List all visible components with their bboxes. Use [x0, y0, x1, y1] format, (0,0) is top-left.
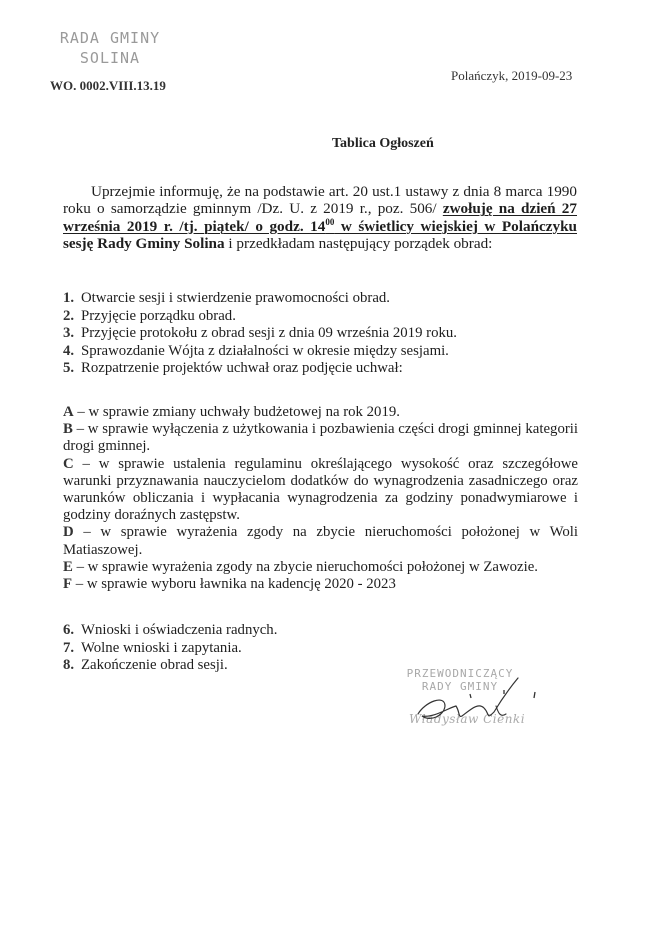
- resolution-item: D – w sprawie wyrażenia zgody na zbycie …: [63, 524, 578, 558]
- intro-paragraph: Uprzejmie informuję, że na podstawie art…: [63, 183, 577, 252]
- hour-superscript: 00: [325, 217, 334, 227]
- council-stamp-line1: RADA GMINY: [40, 28, 180, 48]
- handwritten-signature-icon: [400, 672, 550, 732]
- resolutions-list: A – w sprawie zmiany uchwały budżetowej …: [63, 404, 578, 593]
- resolution-item: F – w sprawie wyboru ławnika na kadencję…: [63, 576, 578, 593]
- resolution-item: A – w sprawie zmiany uchwały budżetowej …: [63, 404, 578, 421]
- council-stamp-line2: SOLINA: [40, 48, 180, 68]
- agenda-item: 1.Otwarcie sesji i stwierdzenie prawomoc…: [63, 290, 583, 308]
- reference-number: WO. 0002.VIII.13.19: [50, 78, 166, 94]
- intro-text-3: i przedkładam następujący porządek obrad…: [225, 235, 493, 252]
- session-name: sesję Rady Gminy Solina: [63, 235, 225, 252]
- agenda-list-part1: 1.Otwarcie sesji i stwierdzenie prawomoc…: [63, 290, 583, 378]
- agenda-item: 3.Przyjęcie protokołu z obrad sesji z dn…: [63, 325, 583, 343]
- resolution-item: B – w sprawie wyłączenia z użytkowania i…: [63, 421, 578, 455]
- agenda-item: 4.Sprawozdanie Wójta z działalności w ok…: [63, 343, 583, 361]
- place-date: Polańczyk, 2019-09-23: [451, 68, 572, 84]
- document-title: Tablica Ogłoszeń: [332, 136, 434, 152]
- agenda-item: 2.Przyjęcie porządku obrad.: [63, 308, 583, 326]
- agenda-item: 5.Rozpatrzenie projektów uchwał oraz pod…: [63, 360, 583, 378]
- resolution-item: C – w sprawie ustalenia regulaminu okreś…: [63, 456, 578, 525]
- resolution-item: E – w sprawie wyrażenia zgody na zbycie …: [63, 559, 578, 576]
- council-stamp: RADA GMINY SOLINA: [40, 28, 180, 68]
- agenda-item: 7.Wolne wnioski i zapytania.: [63, 640, 583, 658]
- agenda-item: 6.Wnioski i oświadczenia radnych.: [63, 622, 583, 640]
